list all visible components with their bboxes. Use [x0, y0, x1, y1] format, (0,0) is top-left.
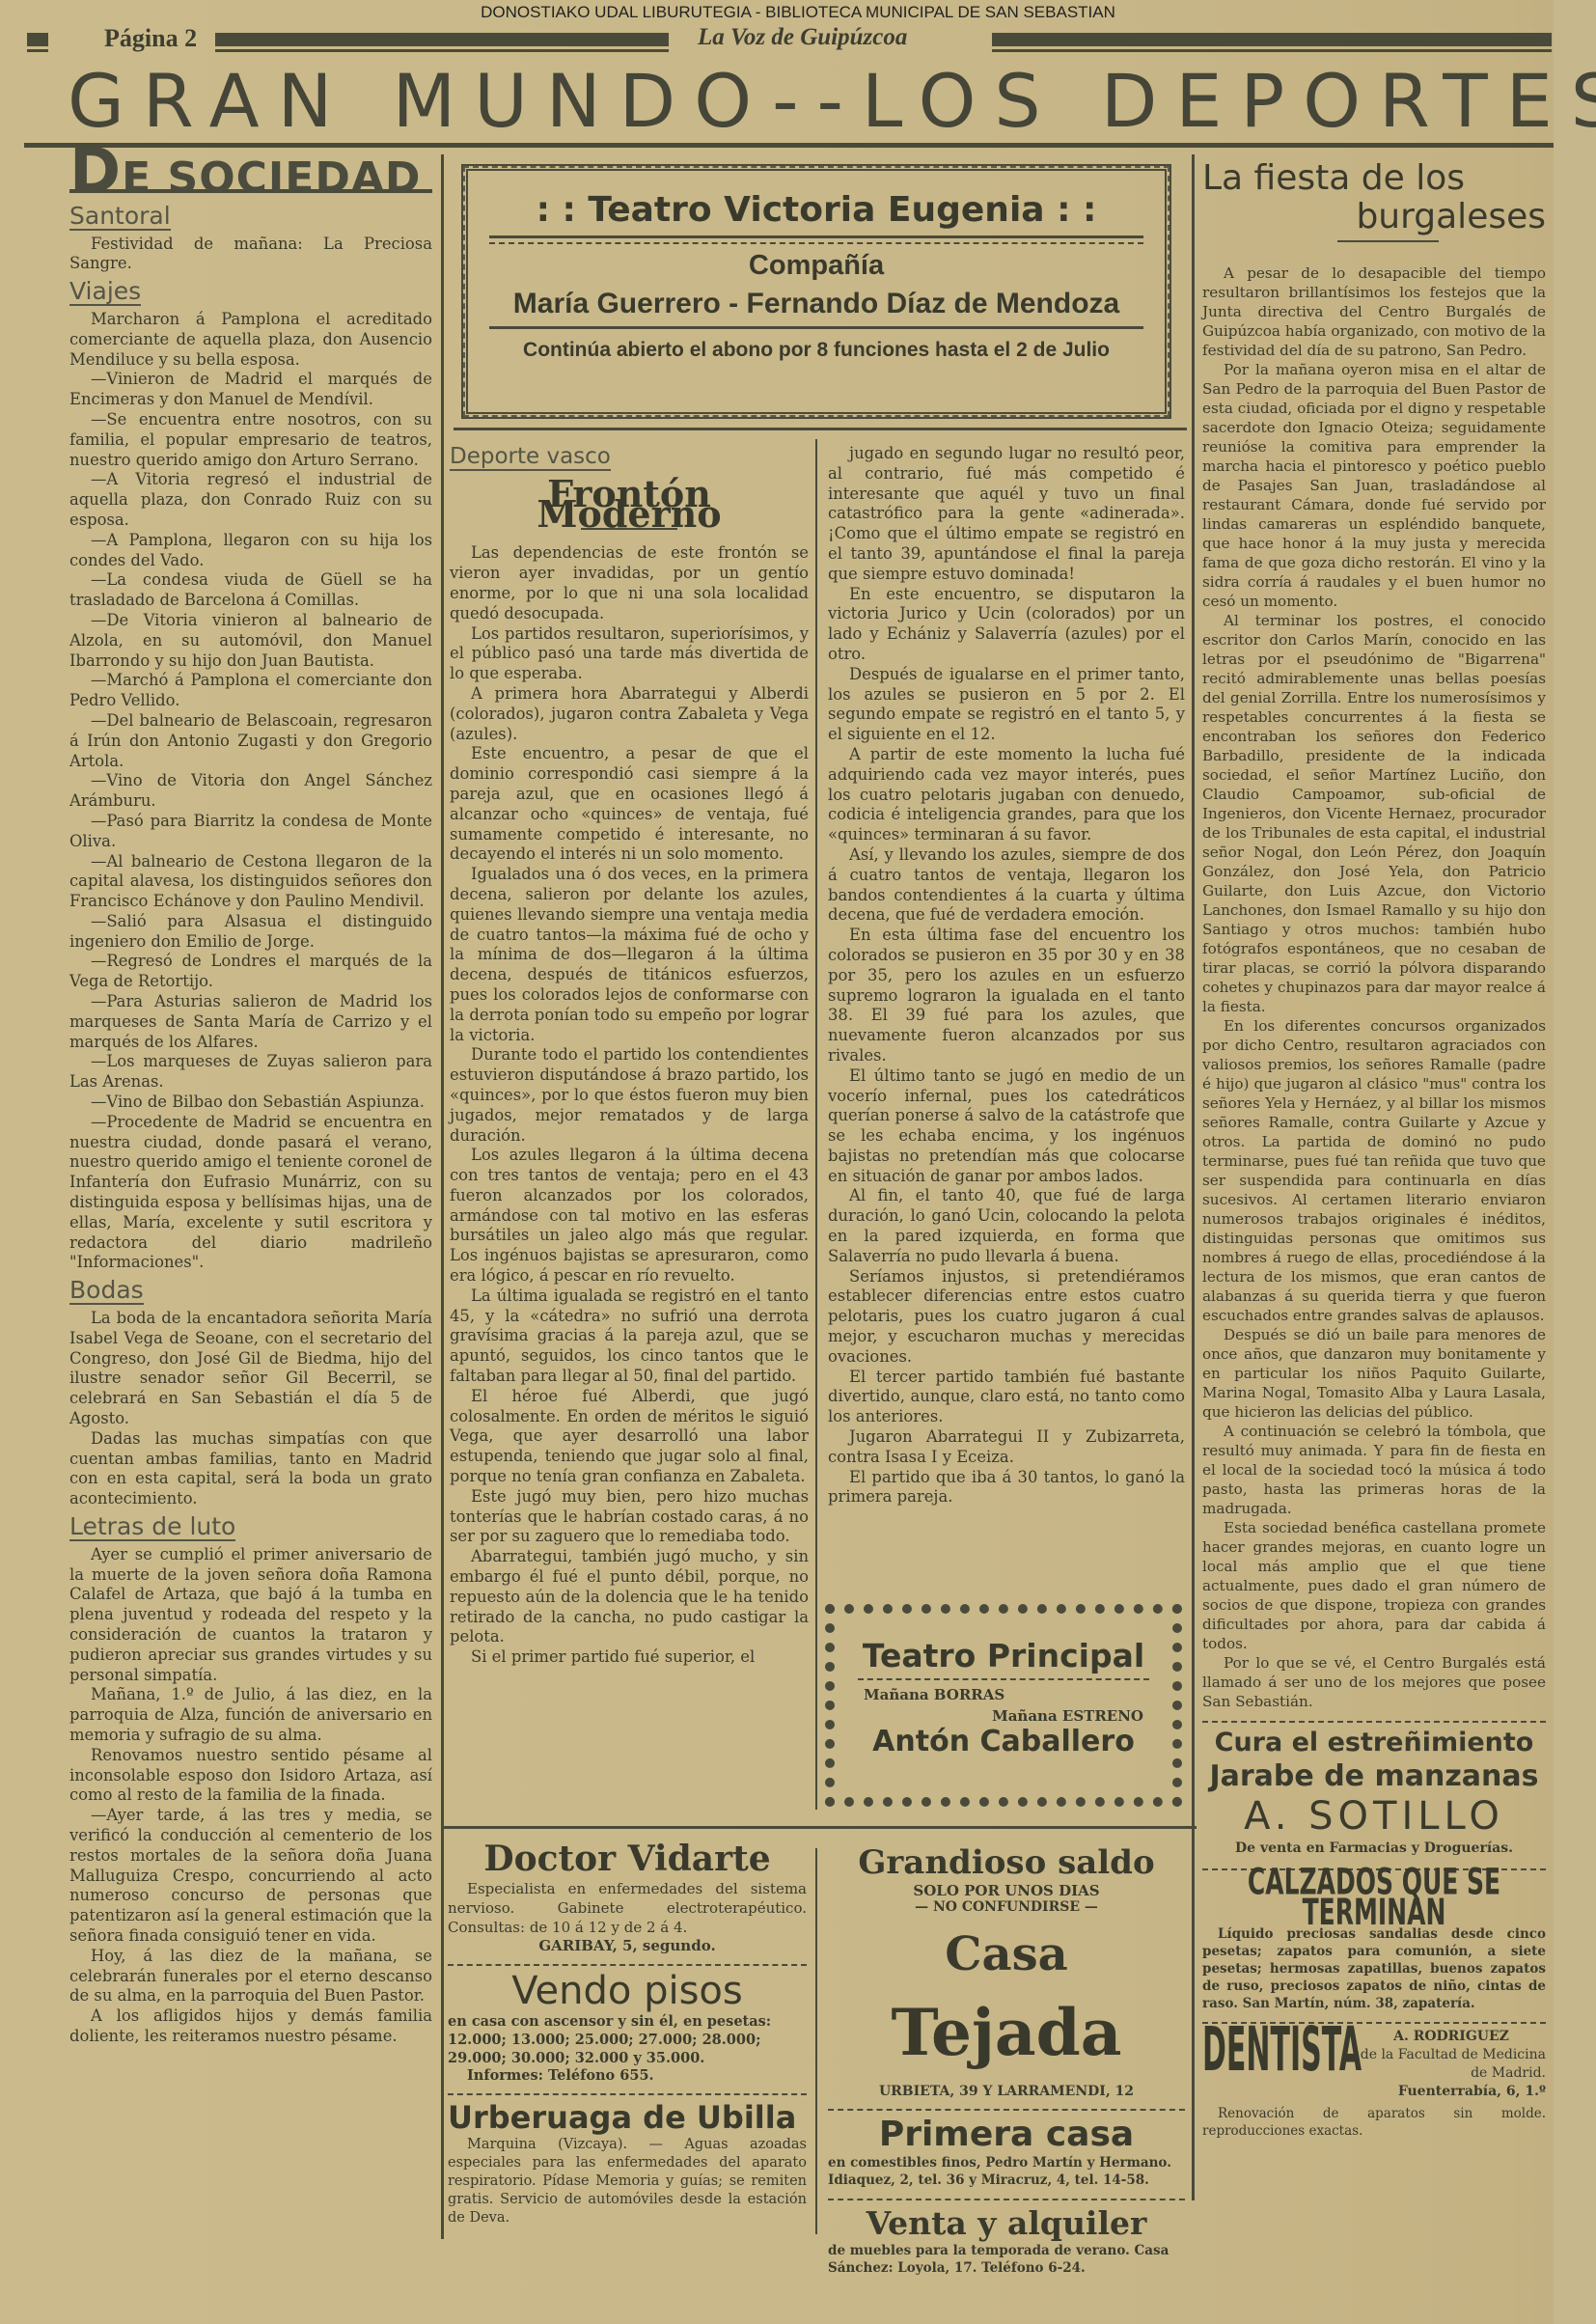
luto-paragraph: Renovamos nuestro sentido pésame al inco… [69, 1746, 432, 1806]
deportes-paragraph: Los azules llegaron á la última decena c… [450, 1146, 809, 1286]
column-rule [815, 1848, 817, 2234]
deportes-paragraph: Los partidos resultaron, superiorísimos,… [450, 624, 809, 684]
deportes-paragraph: Jugaron Abarrategui II y Zubizarreta, co… [828, 1427, 1185, 1468]
deportes-text-a: Las dependencias de este frontón se vier… [450, 543, 809, 1668]
casa-word: Casa [945, 1927, 1067, 1981]
viajes-paragraph: —Vino de Bilbao don Sebastián Aspiunza. [69, 1093, 432, 1113]
masthead-rule [992, 49, 1552, 52]
deporte-vasco-kicker: Deporte vasco [450, 447, 611, 471]
sotillo-brand: A. SOTILLO [1202, 1794, 1546, 1839]
burgaleses-column: La fiesta de los burgaleses A pesar de l… [1202, 159, 1546, 2140]
masthead-rule [992, 33, 1552, 46]
primera-body: en comestibles finos, Pedro Martín y Her… [828, 2154, 1185, 2189]
viajes-paragraph: —Salió para Alsasua el distinguido ingen… [69, 912, 432, 953]
venta-body: de muebles para la temporada de verano. … [828, 2242, 1185, 2277]
ads-column-b: Grandioso saldo SOLO POR UNOS DIAS — NO … [828, 1843, 1185, 2277]
saldo-line1: SOLO POR UNOS DIAS [828, 1882, 1185, 1899]
actors: María Guerrero - Fernando Díaz de Mendoz… [468, 288, 1165, 320]
luto-paragraph: A los afligidos hijos y demás familia do… [69, 2006, 432, 2047]
sotillo-line2: Jarabe de manzanas [1202, 1759, 1546, 1794]
deportes-paragraph: A primera hora Abarrategui y Alberdi (co… [450, 684, 809, 744]
ads-column-a: Doctor Vidarte Especialista en enfermeda… [448, 1839, 807, 2227]
burgaleses-paragraph: A continuación se celebró la tómbola, qu… [1202, 1422, 1546, 1518]
divider [1337, 240, 1439, 242]
luto-paragraph: Ayer se cumplió el primer aniversario de… [69, 1545, 432, 1686]
deportes-paragraph: Si el primer partido fué superior, el [450, 1647, 809, 1668]
santoral-text: Festividad de mañana: La Preciosa Sangre… [69, 235, 432, 275]
viajes-paragraph: —Del balneario de Belascoain, regresaron… [69, 711, 432, 771]
viajes-paragraph: —Vino de Vitoria don Angel Sánchez Arámb… [69, 771, 432, 812]
deportes-paragraph: jugado en segundo lugar no resultó peor,… [828, 444, 1185, 585]
deportes-paragraph: Durante todo el partido los contendiente… [450, 1045, 809, 1146]
viajes-paragraph: Marcharon á Pamplona el acreditado comer… [69, 310, 432, 370]
ubilla-title: Urberuaga de Ubilla [448, 2099, 807, 2136]
masthead-rule [215, 49, 669, 52]
burgaleses-headline-1: La fiesta de los [1202, 159, 1546, 198]
page-edge [1554, 0, 1596, 2324]
teatro-principal-ad: Teatro Principal Mañana BORRAS Mañana ES… [825, 1604, 1182, 1807]
deportes-paragraph: Las dependencias de este frontón se vier… [450, 543, 809, 623]
burgaleses-headline-2: burgaleses [1202, 198, 1546, 236]
saldo-line2: — NO CONFUNDIRSE — [828, 1899, 1185, 1915]
viajes-paragraph: —Se encuentra entre nosotros, con su fam… [69, 410, 432, 470]
dentista-faculty: de la Facultad de Medicina de Madrid. [1357, 2046, 1546, 2083]
viajes-paragraph: —A Pamplona, llegaron con su hija los co… [69, 531, 432, 571]
deportes-paragraph: El último tanto se jugó en medio de un v… [828, 1066, 1185, 1187]
estreno-line: Mañana ESTRENO [835, 1707, 1143, 1725]
masthead: Página 2 La Voz de Guipúzcoa [27, 26, 1552, 53]
viajes-paragraph: —Pasó para Biarritz la condesa de Monte … [69, 812, 432, 852]
column-rule [1192, 154, 1195, 2200]
column-rule [815, 439, 817, 1810]
primera-title: Primera casa [828, 2115, 1185, 2154]
section-title-sociedad: DE SOCIEDAD [69, 162, 432, 193]
tejada-word: Tejada [891, 1995, 1121, 2070]
bodas-paragraph: Dadas las muchas simpatías con que cuent… [69, 1429, 432, 1509]
sotillo-footer: De venta en Farmacias y Droguerías. [1202, 1839, 1546, 1859]
calzados-body: Líquido preciosas sandalias desde cinco … [1202, 1925, 1546, 2012]
pisos-info: Informes: Teléfono 655. [467, 2067, 807, 2084]
viajes-paragraph: —Al balneario de Cestona llegaron de la … [69, 852, 432, 912]
teatro-victoria-title: : : Teatro Victoria Eugenia : : [468, 190, 1165, 230]
dentista-ad: DENTISTA A. RODRIGUEZ de la Facultad de … [1202, 2028, 1546, 2101]
viajes-paragraph: —Procedente de Madrid se encuentra en nu… [69, 1113, 432, 1273]
luto-paragraph: —Ayer tarde, á las tres y media, se veri… [69, 1806, 432, 1947]
deportes-text-b: jugado en segundo lugar no resultó peor,… [828, 444, 1185, 1508]
newspaper-name: La Voz de Guipúzcoa [698, 24, 907, 51]
luto-list: Ayer se cumplió el primer aniversario de… [69, 1545, 432, 2047]
burgaleses-paragraph: Por la mañana oyeron misa en el altar de… [1202, 360, 1546, 611]
burgaleses-paragraph: En los diferentes concursos organizados … [1202, 1016, 1546, 1325]
deportes-paragraph: Al fin, el tanto 40, que fué de larga du… [828, 1186, 1185, 1266]
deportes-paragraph: El tercer partido también fué bastante d… [828, 1368, 1185, 1427]
viajes-paragraph: —Los marqueses de Zuyas salieron para La… [69, 1052, 432, 1093]
borras-line: Mañana BORRAS [864, 1686, 1172, 1703]
divider [858, 1678, 1149, 1680]
deportes-paragraph: Igualados una ó dos veces, en la primera… [450, 865, 809, 1045]
deportes-paragraph: El héroe fué Alberdi, que jugó colosalme… [450, 1387, 809, 1487]
calzados-title: CALZADOS QUE SE TERMINAN [1202, 1867, 1546, 1927]
deportes-paragraph: Seríamos injustos, si pretendiéramos est… [828, 1267, 1185, 1368]
dentista-address: Fuenterrabía, 6, 1.º [1357, 2083, 1546, 2101]
society-column: DE SOCIEDAD Santoral Festividad de mañan… [69, 162, 432, 2047]
burgaleses-paragraph: Después se dió un baile para menores de … [1202, 1325, 1546, 1422]
drop-initial: D [69, 136, 122, 207]
burgaleses-paragraph: Al terminar los postres, el conocido esc… [1202, 611, 1546, 1016]
divider [828, 2193, 1185, 2200]
masthead-rule [27, 33, 48, 46]
section-title-text: E SOCIEDAD [122, 153, 421, 203]
deportes-paragraph: A partir de este momento la lucha fué ad… [828, 745, 1185, 845]
pisos-body: en casa con ascensor y sin él, en peseta… [448, 2012, 807, 2067]
page-number: Página 2 [104, 24, 197, 53]
luto-paragraph: Hoy, á las diez de la mañana, se celebra… [69, 1947, 432, 2006]
bodas-heading: Bodas [69, 1281, 144, 1305]
viajes-heading: Viajes [69, 282, 141, 306]
divider [444, 1826, 1197, 1829]
teatro-principal-title: Teatro Principal [835, 1637, 1172, 1674]
santoral-heading: Santoral [69, 207, 171, 231]
luto-paragraph: Mañana, 1.º de Julio, á las diez, en la … [69, 1685, 432, 1745]
deportes-paragraph: Después de igualarse en el primer tanto,… [828, 665, 1185, 745]
column-rule [441, 154, 444, 2239]
archive-header: DONOSTIAKO UDAL LIBURUTEGIA - BIBLIOTECA… [0, 3, 1596, 22]
viajes-paragraph: —Regresó de Londres el marqués de la Veg… [69, 952, 432, 992]
venta-title: Venta y alquiler [828, 2204, 1185, 2242]
divider [489, 326, 1143, 329]
dentista-info: A. RODRIGUEZ de la Facultad de Medicina … [1357, 2028, 1546, 2101]
dentista-name: A. RODRIGUEZ [1357, 2028, 1546, 2046]
pisos-title: Vendo pisos [448, 1970, 807, 2012]
play-title: Antón Caballero [835, 1725, 1172, 1758]
divider [1202, 1715, 1546, 1723]
vidarte-body: Especialista en enfermedades del sistema… [448, 1879, 807, 1937]
viajes-paragraph: —Marchó á Pamplona el comerciante don Pe… [69, 671, 432, 711]
deportes-paragraph: En esta última fase del encuentro los co… [828, 926, 1185, 1066]
bodas-paragraph: La boda de la encantadora señorita María… [69, 1309, 432, 1429]
burgaleses-paragraph: Por lo que se vé, el Centro Burgalés est… [1202, 1653, 1546, 1711]
viajes-paragraph: —De Vitoria vinieron al balneario de Alz… [69, 611, 432, 671]
sotillo-line1: Cura el estreñimiento [1202, 1727, 1546, 1759]
saldo-title: Grandioso saldo [828, 1843, 1185, 1882]
deportes-paragraph: Este encuentro, a pesar de que el domini… [450, 744, 809, 865]
viajes-list: Marcharon á Pamplona el acreditado comer… [69, 310, 432, 1273]
divider [448, 2088, 807, 2095]
casa-tejada: Casa Tejada [828, 1921, 1185, 2084]
deportes-column-a: Deporte vasco Frontón Moderno Las depend… [450, 439, 809, 1668]
tejada-address: URBIETA, 39 Y LARRAMENDI, 12 [828, 2084, 1185, 2099]
viajes-paragraph: —Vinieron de Madrid el marqués de Encime… [69, 370, 432, 410]
masthead-rule [27, 49, 48, 52]
deportes-paragraph: Así, y llevando los azules, siempre de d… [828, 845, 1185, 926]
vidarte-address: GARIBAY, 5, segundo. [448, 1937, 807, 1954]
teatro-victoria-ad: : : Teatro Victoria Eugenia : : Compañía… [461, 164, 1171, 419]
burgaleses-text: A pesar de lo desapacible del tiempo res… [1202, 263, 1546, 1711]
vidarte-title: Doctor Vidarte [448, 1839, 807, 1879]
deportes-column-b: jugado en segundo lugar no resultó peor,… [828, 444, 1185, 1508]
deportes-paragraph: En este encuentro, se disputaron la vict… [828, 585, 1185, 665]
ubilla-body: Marquina (Vizcaya). — Aguas azoadas espe… [448, 2136, 807, 2227]
luto-heading: Letras de luto [69, 1517, 235, 1541]
burgaleses-paragraph: A pesar de lo desapacible del tiempo res… [1202, 263, 1546, 360]
divider [448, 1958, 807, 1966]
bodas-list: La boda de la encantadora señorita María… [69, 1309, 432, 1509]
deportes-paragraph: La última igualada se registró en el tan… [450, 1286, 809, 1387]
divider [454, 428, 1187, 430]
compania-label: Compañía [468, 250, 1165, 282]
title-rule [24, 143, 1554, 148]
divider [489, 235, 1143, 244]
deportes-paragraph: Este jugó muy bien, pero hizo muchas ton… [450, 1487, 809, 1547]
burgaleses-paragraph: Esta sociedad benéfica castellana promet… [1202, 1518, 1546, 1653]
deportes-paragraph: Abarrategui, también jugó mucho, y sin e… [450, 1547, 809, 1647]
page-title: GRAN MUNDO--LOS DEPORTES [68, 58, 1573, 144]
viajes-paragraph: —Para Asturias salieron de Madrid los ma… [69, 992, 432, 1052]
abono-text: Continúa abierto el abono por 8 funcione… [468, 339, 1165, 362]
masthead-rule [215, 33, 669, 46]
deportes-paragraph: El partido que iba á 30 tantos, lo ganó … [828, 1468, 1185, 1508]
viajes-paragraph: —A Vitoria regresó el industrial de aque… [69, 470, 432, 530]
dentista-title: DENTISTA [1202, 2028, 1357, 2182]
viajes-paragraph: —La condesa viuda de Güell se ha traslad… [69, 570, 432, 611]
divider [828, 2103, 1185, 2111]
fronton-headline: Frontón Moderno [450, 484, 809, 525]
